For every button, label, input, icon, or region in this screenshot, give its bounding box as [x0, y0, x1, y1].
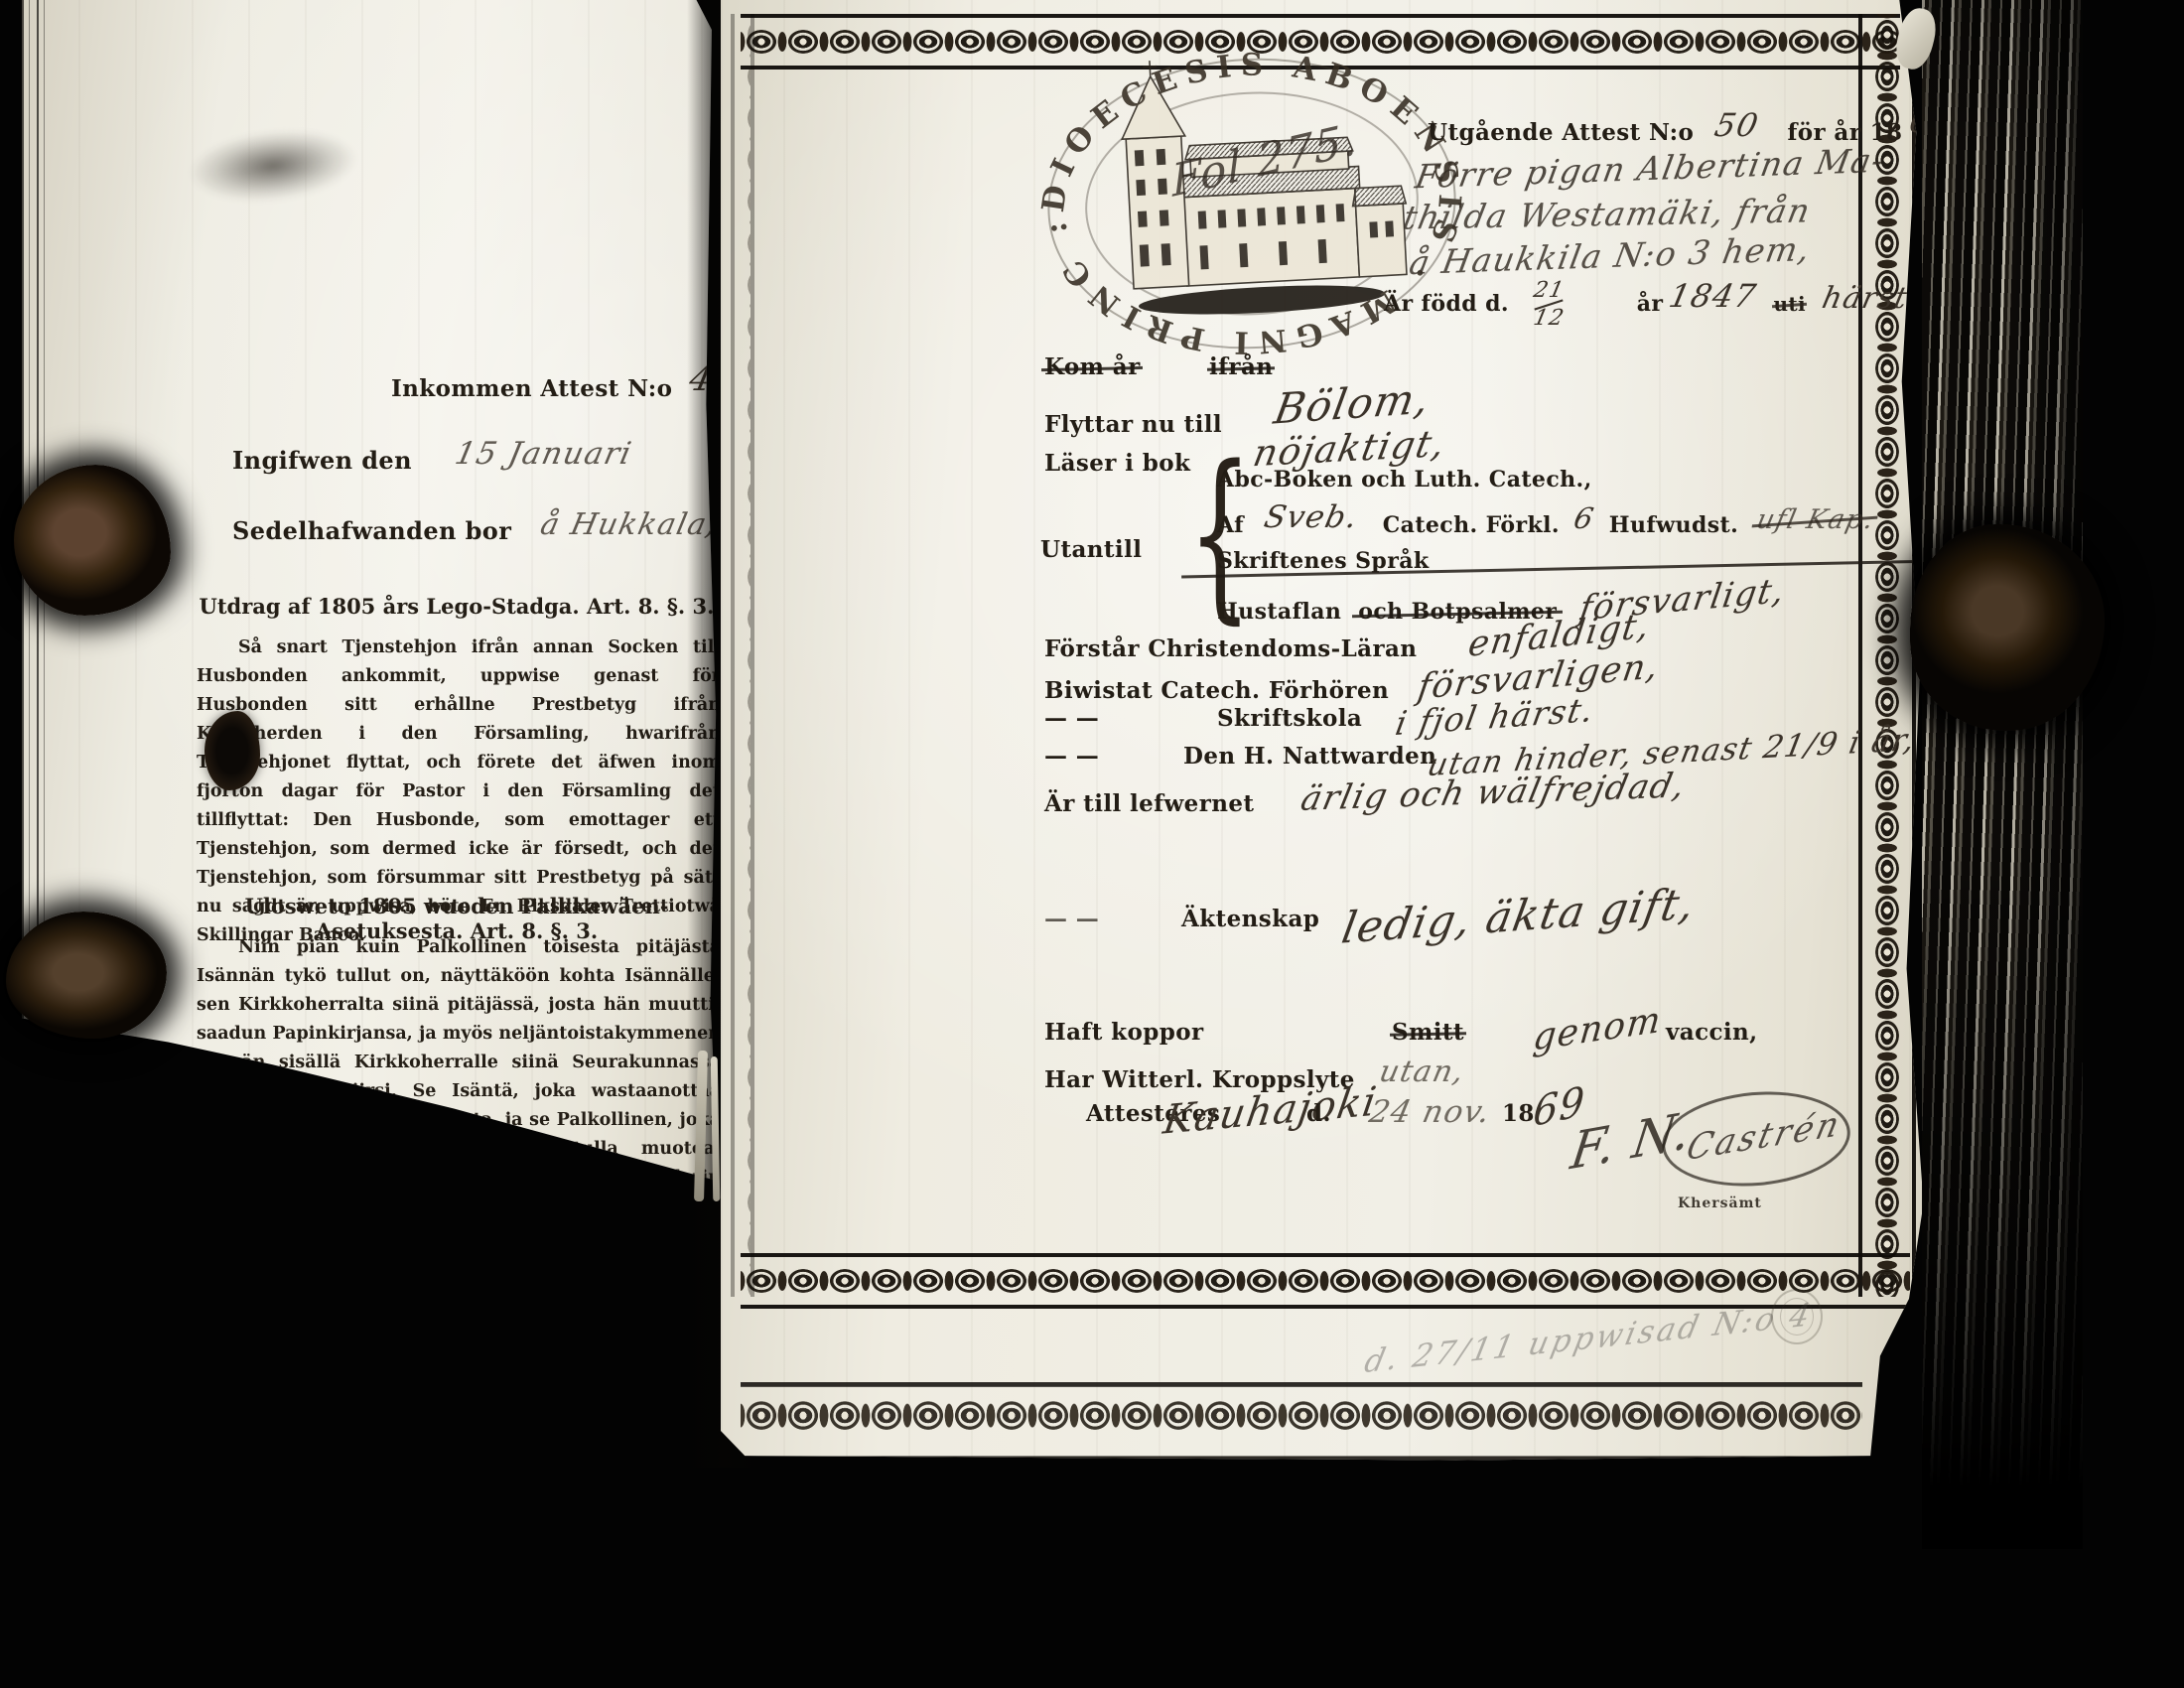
swedish-heading: Utdrag af 1805 års Lego-Stadga. Art. 8. …: [189, 594, 725, 619]
signature-flourish-name: Castrén: [1683, 1103, 1845, 1170]
born-struck-uti: uti: [1773, 292, 1806, 316]
ink-blob: [205, 711, 260, 790]
right-title-number: 50: [1711, 106, 1763, 144]
sedel-label: Sedelhafwanden bor: [232, 516, 511, 545]
line2-hw-book: Sveb.: [1261, 499, 1361, 535]
attesteres-year-printed: 18: [1502, 1100, 1535, 1127]
page-stack-shading: [1922, 0, 2083, 1549]
aktenskap-value: ledig, äkta gift,: [1338, 879, 1700, 954]
left-title-printed: Inkommen Attest N:o: [391, 375, 672, 402]
utantill-line1: Abc-Boken och Luth. Catech.,: [1217, 467, 1592, 492]
koppor-end: vaccin,: [1666, 1019, 1758, 1046]
line2-af: Af: [1217, 512, 1244, 538]
skriftskola-dashes: — —: [1044, 705, 1099, 732]
person-line: thilda Westamäki, från: [1400, 191, 1814, 236]
laser-label: Läser i bok: [1044, 450, 1190, 477]
line2-mid: Catech. Förkl.: [1383, 512, 1560, 538]
utantill-label: Utantill: [1040, 536, 1142, 563]
born-label: Är född d.: [1384, 291, 1509, 317]
nattwarden-label: Den H. Nattwarden: [1183, 743, 1436, 770]
ingifwen-label: Ingifwen den: [232, 446, 412, 475]
biwistat-label: Biwistat Catech. Förhören: [1044, 677, 1389, 704]
line4-hustaflan: Hustaflan: [1217, 599, 1341, 625]
birth-month: 12: [1532, 308, 1567, 330]
aktenskap-dashes: — —: [1044, 906, 1099, 932]
ingifwen-value: 15 Januari: [452, 436, 635, 472]
kroppslyte-value: utan,: [1376, 1055, 1468, 1089]
round-stamp: [1771, 1289, 1823, 1344]
ornament-border-bottom: [741, 1253, 1910, 1309]
right-title-printed: Utgående Attest N:o: [1428, 119, 1694, 146]
binding-clamp-right: [1910, 524, 2105, 731]
right-page: DIOECESIS ABOENSIS · MAGNI PRINC : FINL …: [721, 0, 1926, 1468]
attesteres-date: 24 nov.: [1366, 1094, 1494, 1130]
ornament-border-next-attest: [741, 1382, 1862, 1461]
lefwernet-value: ärlig och wälfrejdad,: [1297, 766, 1690, 819]
skriftskola-label: Skriftskola: [1217, 705, 1362, 732]
forstar-label: Förstår Christendoms-Läran: [1044, 635, 1417, 662]
koppor-hw: genom: [1531, 999, 1664, 1058]
koppor-label: Haft koppor: [1044, 1019, 1203, 1046]
born-year-printed: år: [1637, 291, 1664, 317]
born-year-hw: 1847: [1666, 277, 1760, 315]
nattwarden-dashes: — —: [1044, 743, 1099, 770]
lefwernet-label: Är till lefwernet: [1044, 790, 1254, 817]
ingifwen-row: Ingifwen den 15 Januari: [232, 441, 631, 477]
ornament-border-left-faint: [731, 14, 754, 1297]
line2-hw-count: 6: [1570, 501, 1597, 535]
line2-struck: ufl Kap.: [1754, 504, 1878, 535]
pencil-note: d. 27/11 uppwisad N:o 4: [1361, 1297, 1816, 1380]
lefwernet-row: Är till lefwernet ärlig och wälfrejdad,: [1044, 780, 1686, 820]
kom-ar-label: Kom år: [1044, 353, 1141, 380]
ink-smear: [185, 118, 360, 212]
archival-scan-scene: Inkommen Attest N:o 4 för år 18 70 Ingif…: [0, 0, 2184, 1688]
born-row: Är född d. 21 12 år 1847 uti härstädes,: [1384, 280, 1994, 330]
ifran-label: ifrån: [1209, 353, 1273, 380]
ornament-border-right: [1858, 14, 1916, 1297]
birth-date-fraction: 21 12: [1534, 280, 1565, 330]
line2-end: Hufwudst.: [1609, 512, 1738, 538]
signature-caption: Khersämt: [1678, 1196, 1762, 1211]
utantill-line2: Af Sveb. Catech. Förkl. 6 Hufwudst. ufl …: [1217, 504, 1874, 540]
binding-clamp-bottom-left: [6, 912, 167, 1039]
finnish-body: Niin pian kuin Palkollinen toisesta pitä…: [197, 933, 721, 1221]
koppor-struck: Smitt: [1392, 1019, 1464, 1046]
aktenskap-label: Äktenskap: [1181, 906, 1319, 932]
attesteres-d: d.: [1306, 1100, 1331, 1127]
